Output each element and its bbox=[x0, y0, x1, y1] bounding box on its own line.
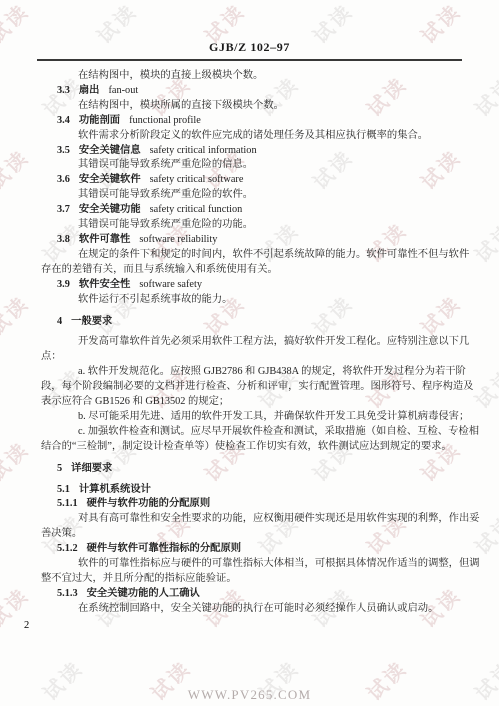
section-number: 4 bbox=[57, 316, 62, 327]
text-line: b. 尽可能采用先进、适用的软件开发工具，并确保软件开发工具免受计算机病毒侵害； bbox=[41, 410, 469, 425]
section-number: 3.8 bbox=[57, 234, 70, 245]
text-line: 在规定的条件下和规定的时间内，软件不引起系统故障的能力。软件可靠性不但与软件 bbox=[41, 248, 469, 263]
text-line: 整不宜过大，并且所分配的指标应能验证。 bbox=[41, 572, 469, 587]
section-term: 功能剖面 bbox=[79, 115, 120, 126]
section-number: 3.5 bbox=[57, 145, 70, 156]
text-line: 其错误可能导致系统严重危险的功能。 bbox=[41, 218, 469, 233]
section-term-english: safety critical software bbox=[150, 174, 244, 185]
section-term-english: software safety bbox=[139, 279, 202, 290]
text-line: 在结构图中，模块所属的直接下级模块个数。 bbox=[41, 99, 469, 114]
section-number: 5.1.1 bbox=[57, 498, 78, 509]
text-line: 点： bbox=[41, 350, 469, 365]
section-term: 硬件与软件功能的分配原则 bbox=[87, 498, 211, 509]
section-term: 安全关键软件 bbox=[79, 174, 141, 185]
text-line: 4一般要求 bbox=[41, 315, 469, 330]
section-term-english: software reliability bbox=[139, 234, 217, 245]
text-line: 软件运行不引起系统事故的能力。 bbox=[41, 293, 469, 308]
section-term: 软件安全性 bbox=[79, 279, 130, 290]
section-term-english: safety critical function bbox=[150, 204, 243, 215]
text-line: 3.8软件可靠性software reliability bbox=[41, 233, 469, 248]
page-container: 试读试读试读试读试读试读试读试读试读试读试读试读试读试读试读试读试读试读试读试读… bbox=[0, 0, 499, 706]
text-line: 存在的差错有关，而且与系统输入和系统使用有关。 bbox=[41, 263, 469, 278]
text-line: 5.1计算机系统设计 bbox=[41, 483, 469, 498]
text-line: 开发高可靠软件首先必须采用软件工程方法，搞好软件开发工程化。应特别注意以下几 bbox=[41, 335, 469, 350]
text-line: 善决策。 bbox=[41, 527, 469, 542]
section-number: 3.6 bbox=[57, 174, 70, 185]
section-term: 扇出 bbox=[79, 85, 100, 96]
section-number: 3.7 bbox=[57, 204, 70, 215]
text-line: 在结构图中，模块的直接上级模块个数。 bbox=[41, 69, 469, 84]
section-term: 计算机系统设计 bbox=[79, 484, 151, 495]
text-line: 对具有高可靠性和安全性要求的功能，应权衡用硬件实现还是用软件实现的利弊，作出妥 bbox=[41, 512, 469, 527]
section-number: 3.4 bbox=[57, 115, 70, 126]
section-number: 5.1.3 bbox=[57, 588, 78, 599]
section-term: 安全关键功能 bbox=[79, 204, 141, 215]
text-line: 5.1.1硬件与软件功能的分配原则 bbox=[41, 497, 469, 512]
text-line: 3.4功能剖面functional profile bbox=[41, 114, 469, 129]
section-term: 一般要求 bbox=[71, 316, 112, 327]
section-number: 5.1 bbox=[57, 484, 70, 495]
section-term: 硬件与软件可靠性指标的分配原则 bbox=[87, 543, 241, 554]
text-line: 其错误可能导致系统严重危险的软件。 bbox=[41, 188, 469, 203]
footer-watermark: WWW.PV265.COM bbox=[0, 687, 499, 703]
text-line: 3.5安全关键信息safety critical information bbox=[41, 144, 469, 159]
text-line: a. 软件开发规范化。应按照 GJB2786 和 GJB438A 的规定，将软件… bbox=[41, 365, 469, 380]
text-line: 段，每个阶段编制必要的文档并进行检查、分析和评审，实行配置管理。图形符号、程序构… bbox=[41, 380, 469, 395]
document-page: GJB/Z 102–97 在结构图中，模块的直接上级模块个数。3.3扇出fan-… bbox=[0, 40, 499, 631]
text-line: 3.9软件安全性software safety bbox=[41, 278, 469, 293]
text-line: 在系统控制回路中，安全关键功能的执行在可能时必须经操作人员确认或启动。 bbox=[41, 602, 469, 617]
section-term: 安全关键功能的人工确认 bbox=[87, 588, 200, 599]
text-line: 3.7安全关键功能safety critical function bbox=[41, 203, 469, 218]
text-line: c. 加强软件检查和测试。应尽早开展软件检查和测试，采取措施（如自检、互检、专检… bbox=[41, 425, 469, 440]
text-line: 表示应符合 GB1526 和 GB13502 的规定； bbox=[41, 395, 469, 410]
section-number: 3.9 bbox=[57, 279, 70, 290]
text-line: 结合的“三检制”，制定设计检查单等）使检查工作切实有效，软件测试应达到规定的要求… bbox=[41, 440, 469, 455]
text-line: 5详细要求 bbox=[41, 462, 469, 477]
text-line: 3.6安全关键软件safety critical software bbox=[41, 173, 469, 188]
text-line: 5.1.2硬件与软件可靠性指标的分配原则 bbox=[41, 542, 469, 557]
document-body: 在结构图中，模块的直接上级模块个数。3.3扇出fan-out在结构图中，模块所属… bbox=[41, 69, 469, 617]
text-line: 软件需求分析阶段定义的软件应完成的诸处理任务及其相应执行概率的集合。 bbox=[41, 129, 469, 144]
section-number: 3.3 bbox=[57, 85, 70, 96]
text-line: 软件的可靠性指标应与硬件的可靠性指标大体相当，可根据具体情况作适当的调整，但调 bbox=[41, 557, 469, 572]
section-number: 5.1.2 bbox=[57, 543, 78, 554]
section-term: 安全关键信息 bbox=[79, 145, 141, 156]
section-term: 软件可靠性 bbox=[79, 234, 130, 245]
section-number: 5 bbox=[57, 463, 62, 474]
text-line: 3.3扇出fan-out bbox=[41, 84, 469, 99]
section-term-english: safety critical information bbox=[150, 145, 257, 156]
document-header-title: GJB/Z 102–97 bbox=[0, 40, 499, 55]
header-rule bbox=[37, 59, 462, 61]
text-line: 5.1.3安全关键功能的人工确认 bbox=[41, 587, 469, 602]
page-number: 2 bbox=[0, 620, 499, 631]
section-term-english: fan-out bbox=[108, 85, 138, 96]
section-term: 详细要求 bbox=[71, 463, 112, 474]
section-term-english: functional profile bbox=[129, 115, 201, 126]
text-line: 其错误可能导致系统严重危险的信息。 bbox=[41, 158, 469, 173]
